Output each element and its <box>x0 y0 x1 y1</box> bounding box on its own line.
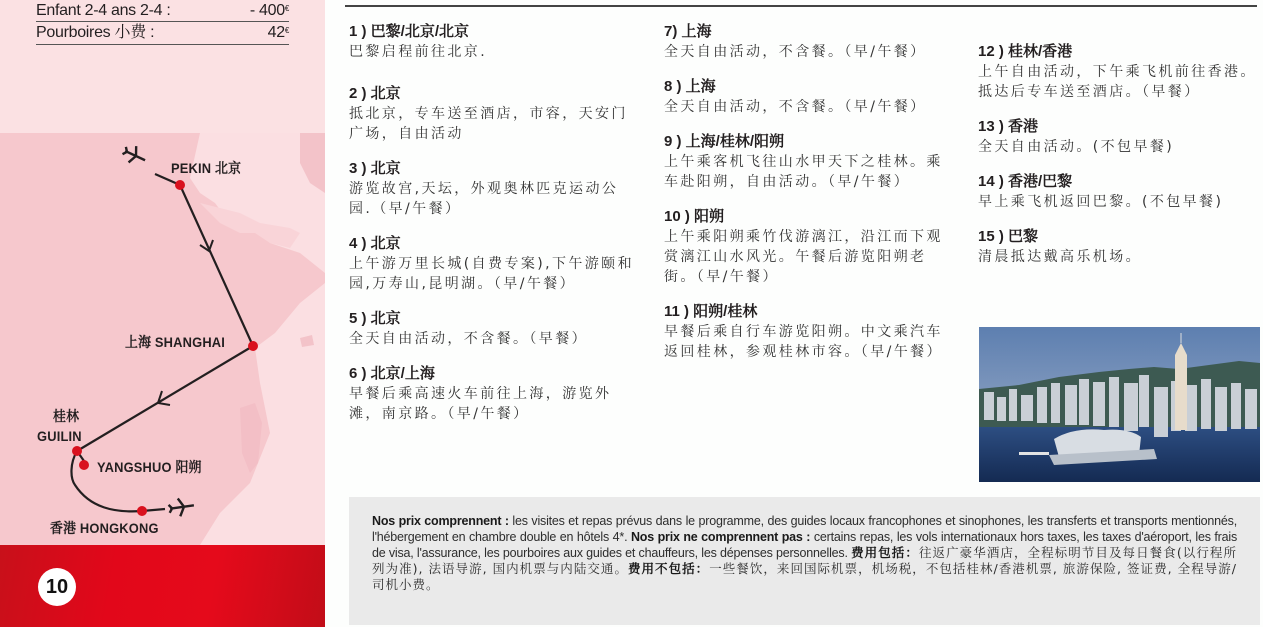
city-dot-shanghai <box>248 341 258 351</box>
day-title: 2 ) 北京 <box>349 84 639 104</box>
city-dot-beijing <box>175 180 185 190</box>
city-label-shanghai: 上海 SHANGHAI <box>125 332 225 352</box>
day-title: 6 ) 北京/上海 <box>349 364 639 384</box>
itinerary-column-2: 7) 上海 全天自由活动，不含餐。（早/午餐） 8 ) 上海 全天自由活动，不含… <box>664 22 954 377</box>
city-dot-yangshuo <box>79 460 89 470</box>
itinerary-day: 1 ) 巴黎/北京/北京 巴黎启程前往北京. <box>349 22 639 62</box>
day-title: 4 ) 北京 <box>349 234 639 254</box>
day-description: 上午游万里长城(自费专案),下午游颐和园,万寿山,昆明湖。（早/午餐） <box>349 254 639 294</box>
day-description: 全天自由活动，不含餐。（早/午餐） <box>664 42 954 62</box>
city-label-yangshuo: YANGSHUO 阳朔 <box>97 457 202 477</box>
itinerary-day: 11 ) 阳朔/桂林 早餐后乘自行车游览阳朔。中文乘汽车返回桂林，参观桂林市容。… <box>664 302 954 362</box>
top-divider <box>345 5 1257 7</box>
day-description: 全天自由活动，不含餐。（早餐） <box>349 329 639 349</box>
day-description: 上午自由活动，下午乘飞机前往香港。抵达后专车送至酒店。（早餐） <box>978 62 1263 102</box>
price-table: Enfant 2-4 ans 2-4 : - 400€ Pourboires 小… <box>36 0 289 45</box>
itinerary-day: 2 ) 北京 抵北京，专车送至酒店，市容，天安门广场，自由活动 <box>349 84 639 144</box>
day-title: 8 ) 上海 <box>664 77 954 97</box>
city-label-guilin-cn: 桂林 <box>53 406 79 426</box>
day-description: 全天自由活动，不含餐。（早/午餐） <box>664 97 954 117</box>
price-row-child: Enfant 2-4 ans 2-4 : - 400€ <box>36 0 289 22</box>
hongkong-skyline-photo <box>979 327 1260 482</box>
notes-french: Nos prix comprennent : les visites et re… <box>372 513 1237 593</box>
day-title: 5 ) 北京 <box>349 309 639 329</box>
price-row-tips: Pourboires 小费 : 42€ <box>36 22 289 45</box>
itinerary-day: 15 ) 巴黎 清晨抵达戴高乐机场。 <box>978 227 1263 267</box>
day-description: 上午乘阳朔乘竹伐游漓江，沿江而下观赏漓江山水风光。午餐后游览阳朔老街。（早/午餐… <box>664 227 954 287</box>
day-description: 早餐后乘高速火车前往上海，游览外滩，南京路。（早/午餐） <box>349 384 639 424</box>
excluded-label: Nos prix ne comprennent pas : <box>631 530 810 544</box>
day-title: 7) 上海 <box>664 22 954 42</box>
city-dot-hongkong <box>137 506 147 516</box>
day-description: 全天自由活动。(不包早餐) <box>978 137 1263 157</box>
price-value: - 400€ <box>250 0 289 22</box>
itinerary-day: 14 ) 香港/巴黎 早上乘飞机返回巴黎。(不包早餐) <box>978 172 1263 212</box>
day-description: 早上乘飞机返回巴黎。(不包早餐) <box>978 192 1263 212</box>
itinerary-day: 5 ) 北京 全天自由活动，不含餐。（早餐） <box>349 309 639 349</box>
cn-included-label: 费用包括： <box>851 545 919 560</box>
left-panel: Enfant 2-4 ans 2-4 : - 400€ Pourboires 小… <box>0 0 325 627</box>
day-description: 上午乘客机飞往山水甲天下之桂林。乘车赴阳朔，自由活动。（早/午餐） <box>664 152 954 192</box>
page-number-badge: 10 <box>38 568 76 606</box>
day-description: 巴黎启程前往北京. <box>349 42 639 62</box>
day-title: 11 ) 阳朔/桂林 <box>664 302 954 322</box>
day-title: 15 ) 巴黎 <box>978 227 1263 247</box>
day-description: 抵北京，专车送至酒店，市容，天安门广场，自由活动 <box>349 104 639 144</box>
itinerary-day: 12 ) 桂林/香港 上午自由活动，下午乘飞机前往香港。抵达后专车送至酒店。（早… <box>978 42 1263 102</box>
city-label-hongkong: 香港 HONGKONG <box>50 518 159 538</box>
day-description: 清晨抵达戴高乐机场。 <box>978 247 1263 267</box>
itinerary-day: 10 ) 阳朔 上午乘阳朔乘竹伐游漓江，沿江而下观赏漓江山水风光。午餐后游览阳朔… <box>664 207 954 287</box>
day-title: 10 ) 阳朔 <box>664 207 954 227</box>
itinerary-day: 6 ) 北京/上海 早餐后乘高速火车前往上海，游览外滩，南京路。（早/午餐） <box>349 364 639 424</box>
plane-icon-departure <box>120 142 148 168</box>
day-description: 早餐后乘自行车游览阳朔。中文乘汽车返回桂林，参观桂林市容。（早/午餐） <box>664 322 954 362</box>
cn-excluded-label: 费用不包括： <box>628 561 709 576</box>
day-title: 14 ) 香港/巴黎 <box>978 172 1263 192</box>
itinerary-column-3: 12 ) 桂林/香港 上午自由活动，下午乘飞机前往香港。抵达后专车送至酒店。（早… <box>978 42 1263 282</box>
itinerary-day: 9 ) 上海/桂林/阳朔 上午乘客机飞往山水甲天下之桂林。乘车赴阳朔，自由活动。… <box>664 132 954 192</box>
itinerary-day: 8 ) 上海 全天自由活动，不含餐。（早/午餐） <box>664 77 954 117</box>
itinerary-column-1: 1 ) 巴黎/北京/北京 巴黎启程前往北京. 2 ) 北京 抵北京，专车送至酒店… <box>349 22 639 439</box>
city-label-guilin-en: GUILIN <box>37 428 82 444</box>
price-label: Pourboires 小费 : <box>36 22 154 44</box>
day-title: 13 ) 香港 <box>978 117 1263 137</box>
day-title: 1 ) 巴黎/北京/北京 <box>349 22 639 42</box>
price-label: Enfant 2-4 ans 2-4 : <box>36 0 171 22</box>
itinerary-day: 13 ) 香港 全天自由活动。(不包早餐) <box>978 117 1263 157</box>
price-value: 42€ <box>268 22 289 44</box>
pricing-notes-box: Nos prix comprennent : les visites et re… <box>349 497 1260 625</box>
day-title: 12 ) 桂林/香港 <box>978 42 1263 62</box>
day-title: 3 ) 北京 <box>349 159 639 179</box>
route-map: PEKIN 北京 上海 SHANGHAI 桂林 GUILIN YANGSHUO … <box>0 133 325 545</box>
itinerary-day: 4 ) 北京 上午游万里长城(自费专案),下午游颐和园,万寿山,昆明湖。（早/午… <box>349 234 639 294</box>
city-dot-guilin <box>72 446 82 456</box>
day-title: 9 ) 上海/桂林/阳朔 <box>664 132 954 152</box>
plane-icon-arrival <box>168 496 195 517</box>
included-label: Nos prix comprennent : <box>372 514 509 528</box>
itinerary-day: 3 ) 北京 游览故宫,天坛，外观奥林匹克运动公园.（早/午餐） <box>349 159 639 219</box>
day-description: 游览故宫,天坛，外观奥林匹克运动公园.（早/午餐） <box>349 179 639 219</box>
city-label-beijing: PEKIN 北京 <box>171 158 241 178</box>
itinerary-day: 7) 上海 全天自由活动，不含餐。（早/午餐） <box>664 22 954 62</box>
